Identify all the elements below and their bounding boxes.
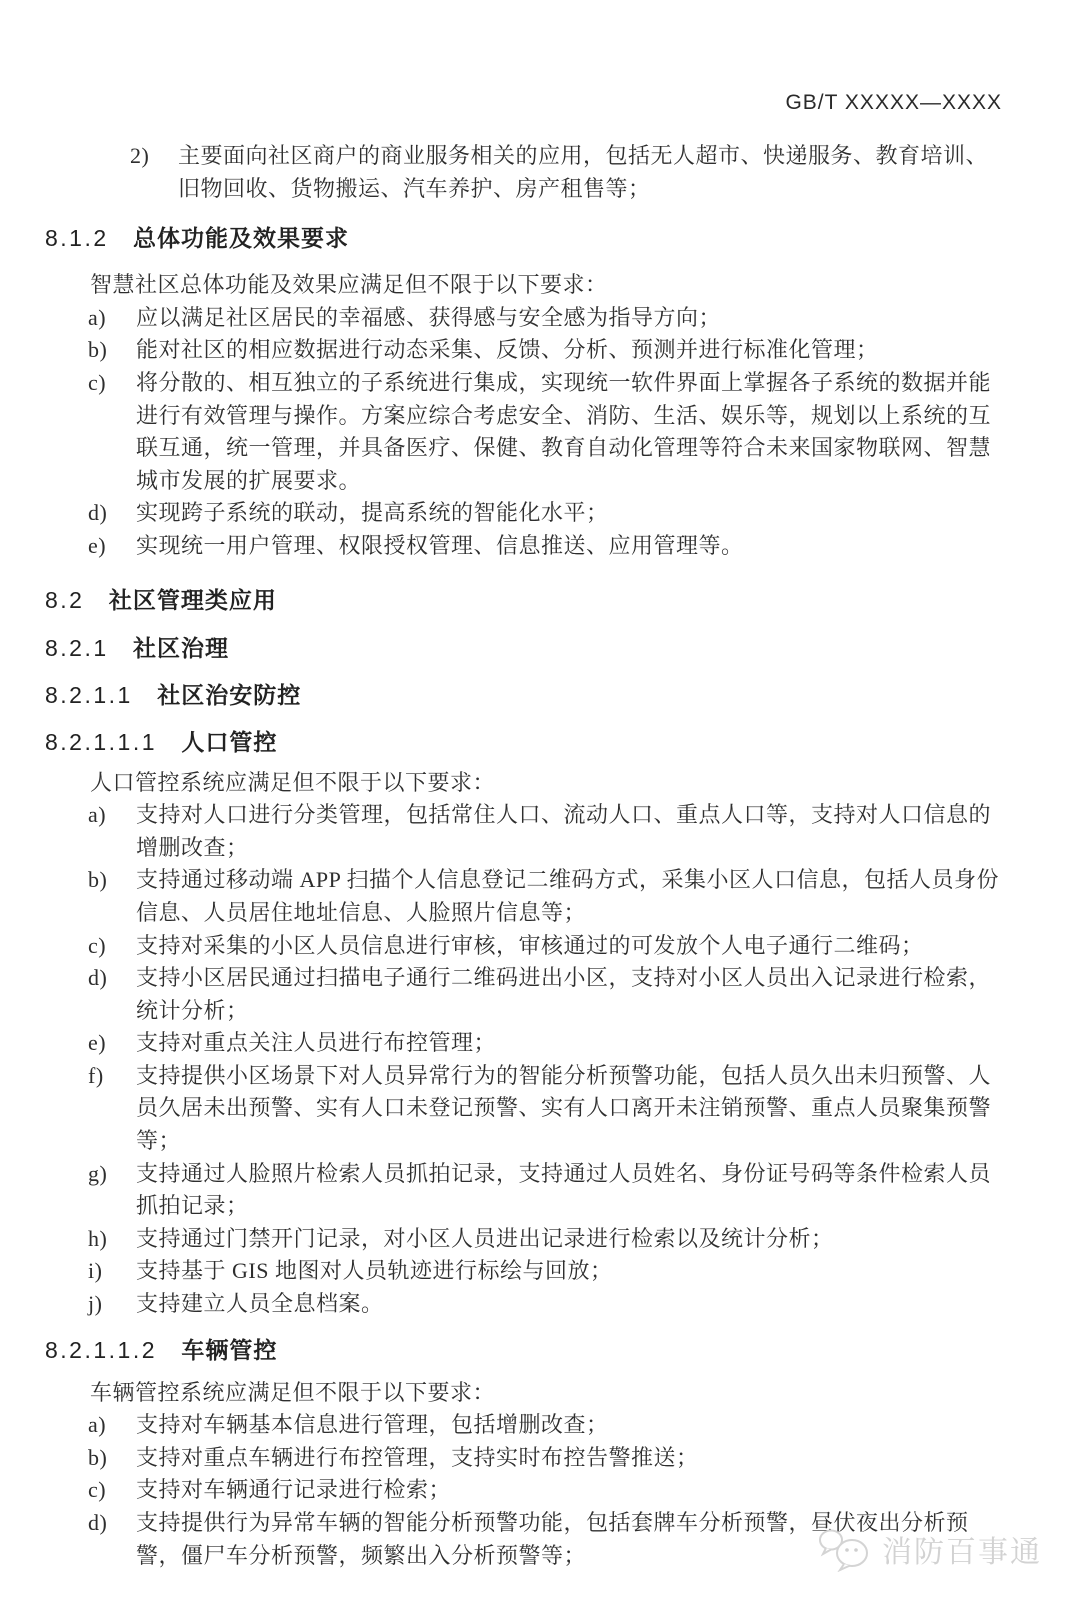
item-marker: d) <box>88 497 136 530</box>
item-marker: a) <box>88 1409 136 1442</box>
item-text: 支持对车辆通行记录进行检索； <box>136 1474 1002 1507</box>
item-text: 实现跨子系统的联动，提高系统的智能化水平； <box>136 497 1002 530</box>
list-item-a: a) 应以满足社区居民的幸福感、获得感与安全感为指导方向； <box>88 302 1002 335</box>
item-text: 主要面向社区商户的商业服务相关的应用，包括无人超市、快递服务、教育培训、旧物回收… <box>178 140 1002 205</box>
item-text: 支持对采集的小区人员信息进行审核，审核通过的可发放个人电子通行二维码； <box>136 930 1002 963</box>
section-number: 8.1.2 <box>45 225 109 251</box>
numbered-item-2: 2) 主要面向社区商户的商业服务相关的应用，包括无人超市、快递服务、教育培训、旧… <box>130 140 1002 205</box>
item-marker: c) <box>88 367 136 497</box>
item-marker: d) <box>88 1507 136 1572</box>
section-number: 8.2.1.1.2 <box>45 1337 157 1363</box>
list-item-d: d) 支持小区居民通过扫描电子通行二维码进出小区，支持对小区人员出入记录进行检索… <box>88 962 1002 1027</box>
list-item-j: j) 支持建立人员全息档案。 <box>88 1288 1002 1321</box>
list-item-d: d) 实现跨子系统的联动，提高系统的智能化水平； <box>88 497 1002 530</box>
list-item-c: c) 将分散的、相互独立的子系统进行集成，实现统一软件界面上掌握各子系统的数据并… <box>88 367 1002 497</box>
item-marker: f) <box>88 1060 136 1158</box>
item-marker: 2) <box>130 140 178 205</box>
item-marker: i) <box>88 1255 136 1288</box>
list-item-c: c) 支持对采集的小区人员信息进行审核，审核通过的可发放个人电子通行二维码； <box>88 930 1002 963</box>
section-title: 人口管控 <box>181 729 277 755</box>
item-text: 支持对重点车辆进行布控管理，支持实时布控告警推送； <box>136 1442 1002 1475</box>
item-marker: d) <box>88 962 136 1027</box>
list-item-a: a) 支持对人口进行分类管理，包括常住人口、流动人口、重点人口等，支持对人口信息… <box>88 799 1002 864</box>
section-heading-8-2-1-1-2: 8.2.1.1.2 车辆管控 <box>45 1335 1002 1365</box>
list-item-g: g) 支持通过人脸照片检索人员抓拍记录，支持通过人员姓名、身份证号码等条件检索人… <box>88 1158 1002 1223</box>
item-text: 实现统一用户管理、权限授权管理、信息推送、应用管理等。 <box>136 530 1002 563</box>
item-marker: g) <box>88 1158 136 1223</box>
item-marker: e) <box>88 530 136 563</box>
section-number: 8.2.1.1 <box>45 682 133 708</box>
section-number: 8.2.1 <box>45 635 109 661</box>
list-item-e: e) 实现统一用户管理、权限授权管理、信息推送、应用管理等。 <box>88 530 1002 563</box>
item-text: 支持通过人脸照片检索人员抓拍记录，支持通过人员姓名、身份证号码等条件检索人员抓拍… <box>136 1158 1002 1223</box>
item-text: 应以满足社区居民的幸福感、获得感与安全感为指导方向； <box>136 302 1002 335</box>
item-marker: j) <box>88 1288 136 1321</box>
section-heading-8-1-2: 8.1.2 总体功能及效果要求 <box>45 223 1002 253</box>
item-marker: c) <box>88 930 136 963</box>
item-text: 支持建立人员全息档案。 <box>136 1288 1002 1321</box>
item-text: 支持对重点关注人员进行布控管理； <box>136 1027 1002 1060</box>
item-marker: b) <box>88 864 136 929</box>
section-title: 社区管理类应用 <box>109 587 277 613</box>
section-number: 8.2.1.1.1 <box>45 729 157 755</box>
section-title: 社区治理 <box>133 635 229 661</box>
section-number: 8.2 <box>45 587 84 613</box>
wechat-chat-bubbles-icon <box>818 1526 874 1572</box>
item-marker: b) <box>88 334 136 367</box>
intro-paragraph: 车辆管控系统应满足但不限于以下要求： <box>90 1377 1002 1410</box>
item-text: 支持对车辆基本信息进行管理，包括增删改查； <box>136 1409 1002 1442</box>
list-item-h: h) 支持通过门禁开门记录，对小区人员进出记录进行检索以及统计分析； <box>88 1223 1002 1256</box>
item-marker: c) <box>88 1474 136 1507</box>
list-item-e: e) 支持对重点关注人员进行布控管理； <box>88 1027 1002 1060</box>
list-item-i: i) 支持基于 GIS 地图对人员轨迹进行标绘与回放； <box>88 1255 1002 1288</box>
item-text: 支持通过门禁开门记录，对小区人员进出记录进行检索以及统计分析； <box>136 1223 1002 1256</box>
section-heading-8-2: 8.2 社区管理类应用 <box>45 585 1002 615</box>
section-title: 车辆管控 <box>181 1337 277 1363</box>
item-marker: b) <box>88 1442 136 1475</box>
list-item-f: f) 支持提供小区场景下对人员异常行为的智能分析预警功能，包括人员久出未归预警、… <box>88 1060 1002 1158</box>
item-text: 将分散的、相互独立的子系统进行集成，实现统一软件界面上掌握各子系统的数据并能进行… <box>136 367 1002 497</box>
item-marker: h) <box>88 1223 136 1256</box>
intro-paragraph: 智慧社区总体功能及效果应满足但不限于以下要求： <box>90 269 1002 302</box>
watermark-label: 消防百事通 <box>882 1527 1042 1571</box>
item-text: 能对社区的相应数据进行动态采集、反馈、分析、预测并进行标准化管理； <box>136 334 1002 367</box>
section-heading-8-2-1-1: 8.2.1.1 社区治安防控 <box>45 680 1002 710</box>
watermark: 消防百事通 <box>818 1526 1042 1572</box>
item-text: 支持小区居民通过扫描电子通行二维码进出小区，支持对小区人员出入记录进行检索，统计… <box>136 962 1002 1027</box>
list-item-b: b) 能对社区的相应数据进行动态采集、反馈、分析、预测并进行标准化管理； <box>88 334 1002 367</box>
document-page: GB/T XXXXX—XXXX 2) 主要面向社区商户的商业服务相关的应用，包括… <box>0 0 1080 1598</box>
item-marker: a) <box>88 302 136 335</box>
item-text: 支持通过移动端 APP 扫描个人信息登记二维码方式，采集小区人口信息，包括人员身… <box>136 864 1002 929</box>
section-title: 社区治安防控 <box>157 682 301 708</box>
intro-paragraph: 人口管控系统应满足但不限于以下要求： <box>90 767 1002 800</box>
list-item-b: b) 支持通过移动端 APP 扫描个人信息登记二维码方式，采集小区人口信息，包括… <box>88 864 1002 929</box>
list-item-b: b) 支持对重点车辆进行布控管理，支持实时布控告警推送； <box>88 1442 1002 1475</box>
section-heading-8-2-1: 8.2.1 社区治理 <box>45 633 1002 663</box>
item-text: 支持对人口进行分类管理，包括常住人口、流动人口、重点人口等，支持对人口信息的增删… <box>136 799 1002 864</box>
item-marker: a) <box>88 799 136 864</box>
item-text: 支持提供小区场景下对人员异常行为的智能分析预警功能，包括人员久出未归预警、人员久… <box>136 1060 1002 1158</box>
section-heading-8-2-1-1-1: 8.2.1.1.1 人口管控 <box>45 727 1002 757</box>
section-title: 总体功能及效果要求 <box>133 225 349 251</box>
list-item-c: c) 支持对车辆通行记录进行检索； <box>88 1474 1002 1507</box>
item-text: 支持基于 GIS 地图对人员轨迹进行标绘与回放； <box>136 1255 1002 1288</box>
list-item-a: a) 支持对车辆基本信息进行管理，包括增删改查； <box>88 1409 1002 1442</box>
item-marker: e) <box>88 1027 136 1060</box>
standard-number-header: GB/T XXXXX—XXXX <box>45 90 1002 116</box>
